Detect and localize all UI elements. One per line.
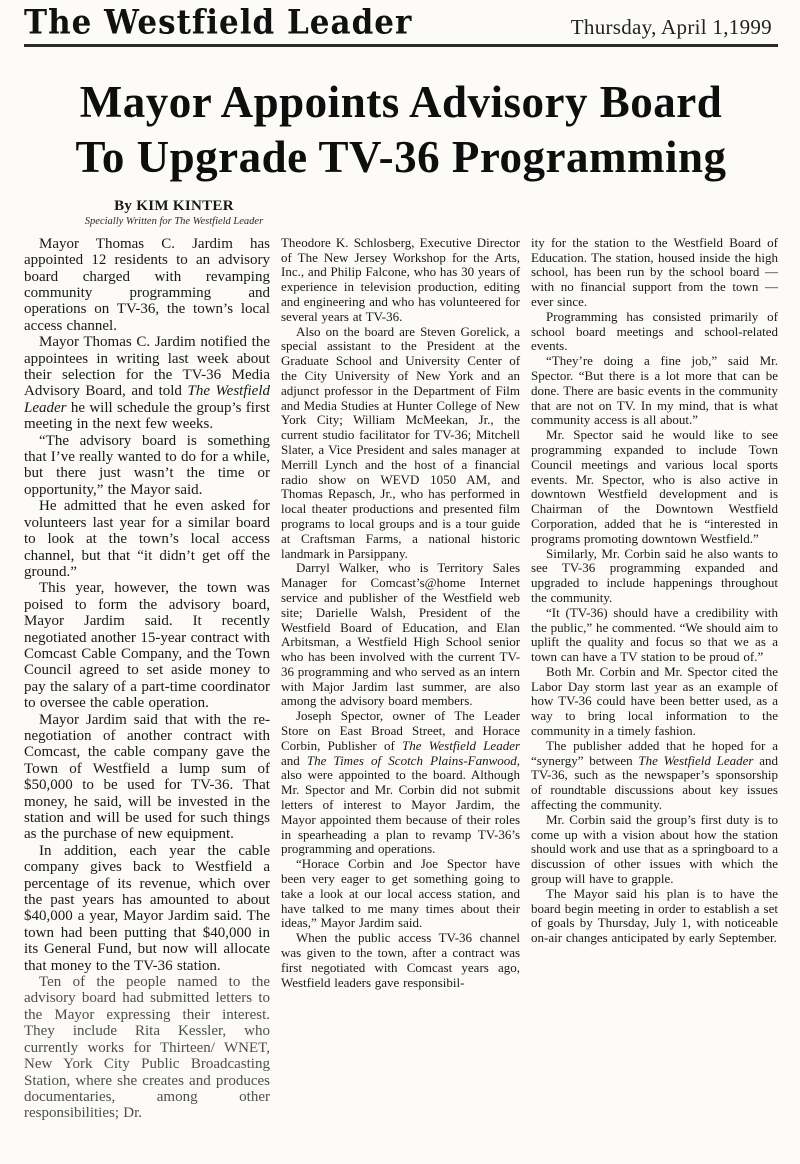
article-paragraph: Joseph Spector, owner of The Leader Stor… [281,709,520,857]
article-paragraph: Darryl Walker, who is Territory Sales Ma… [281,561,520,709]
article-paragraph: The publisher added that he hoped for a … [531,739,778,813]
article-paragraph: Mayor Thomas C. Jardim has appointed 12 … [24,236,270,334]
masthead: The Westfield Leader Thursday, April 1,1… [24,6,778,42]
article-paragraph: Mr. Corbin said the group’s first duty i… [531,813,778,887]
article-paragraph: This year, however, the town was poised … [24,580,270,711]
article-paragraph: “Horace Corbin and Joe Spector have been… [281,857,520,931]
article-paragraph: Theodore K. Schlosberg, Executive Direct… [281,236,520,325]
headline-line-2: To Upgrade TV-36 Programming [24,130,778,185]
article-paragraph: Mayor Jardim said that with the re-negot… [24,712,270,843]
newspaper-page: The Westfield Leader Thursday, April 1,1… [0,0,800,1164]
headline-line-1: Mayor Appoints Advisory Board [24,75,778,130]
article-paragraph: When the public access TV-36 channel was… [281,931,520,990]
byline: By KIM KINTER Specially Written for The … [24,198,324,227]
article-paragraph: ity for the station to the Westfield Boa… [531,236,778,310]
article-body: Mayor Thomas C. Jardim has appointed 12 … [24,236,778,1122]
article-paragraph: He admitted that he even asked for volun… [24,498,270,580]
headline: Mayor Appoints Advisory Board To Upgrade… [24,75,778,185]
article-column-2: Theodore K. Schlosberg, Executive Direct… [281,236,520,1122]
article-paragraph: The Mayor said his plan is to have the b… [531,887,778,946]
article-paragraph: Similarly, Mr. Corbin said he also wants… [531,547,778,606]
byline-credit: Specially Written for The Westfield Lead… [24,216,324,227]
article-paragraph: Also on the board are Steven Gorelick, a… [281,325,520,562]
article-column-1: Mayor Thomas C. Jardim has appointed 12 … [24,236,270,1122]
article-paragraph: Programming has consisted primarily of s… [531,310,778,354]
article-paragraph: Both Mr. Corbin and Mr. Spector cited th… [531,665,778,739]
masthead-date: Thursday, April 1,1999 [571,15,778,40]
article-column-3: ity for the station to the Westfield Boa… [531,236,778,1122]
article-paragraph: Ten of the people named to the advisory … [24,974,270,1122]
article-paragraph: Mr. Spector said he would like to see pr… [531,428,778,546]
article-paragraph: In addition, each year the cable company… [24,843,270,974]
masthead-logo: The Westfield Leader [24,3,412,42]
article-paragraph: “They’re doing a fine job,” said Mr. Spe… [531,354,778,428]
article-paragraph: Mayor Thomas C. Jardim notified the appo… [24,334,270,432]
article-paragraph: “The advisory board is something that I’… [24,433,270,499]
byline-author: By KIM KINTER [24,198,324,215]
header-rule [24,44,778,47]
article-paragraph: “It (TV-36) should have a credibility wi… [531,606,778,665]
